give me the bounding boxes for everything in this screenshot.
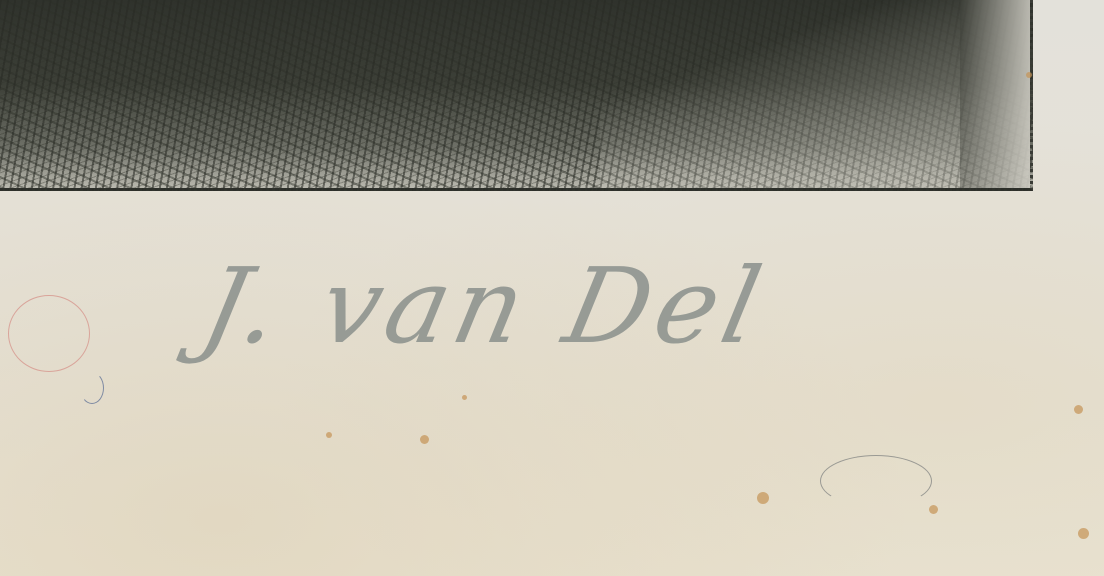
foxing-spot: [1078, 528, 1089, 539]
foxing-spot: [757, 492, 769, 504]
red-paper-fiber: [8, 295, 90, 372]
foxing-spot: [1026, 72, 1032, 78]
pencil-signature: J. van Del: [192, 245, 777, 367]
blue-paper-fiber: [80, 372, 104, 404]
foxing-spot: [929, 505, 938, 514]
plate-right-edge: [960, 0, 1030, 188]
foxing-spot: [1074, 405, 1083, 414]
foxing-spot: [462, 395, 467, 400]
gray-paper-fiber: [820, 455, 932, 507]
foxing-spot: [420, 435, 429, 444]
foxing-spot: [326, 432, 332, 438]
